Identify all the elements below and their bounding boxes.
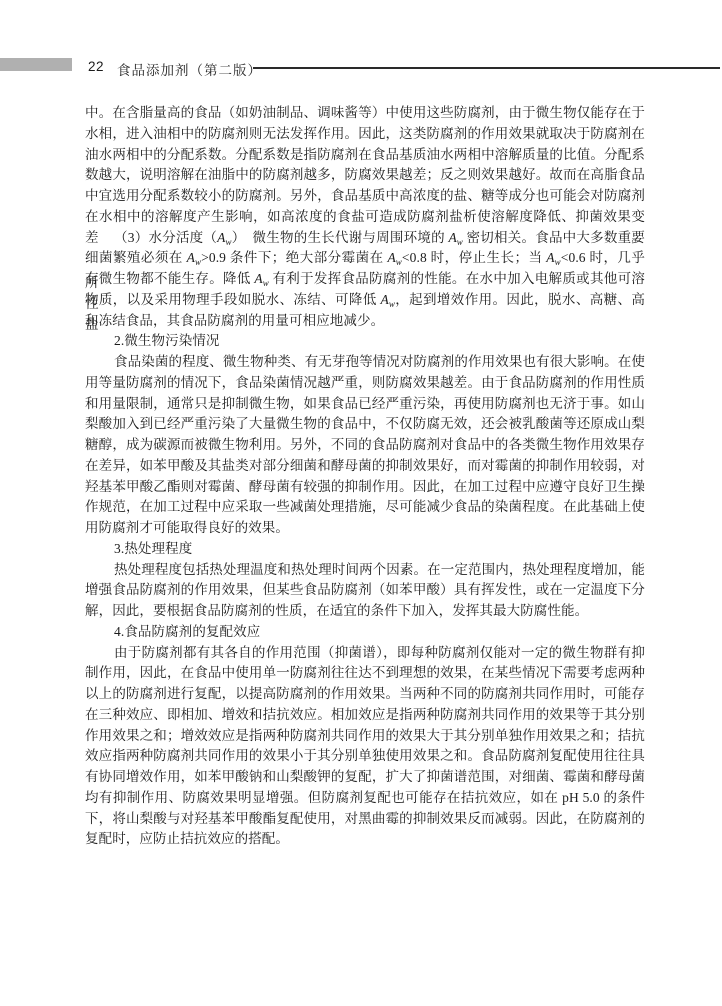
text-line: 中。在含脂量高的食品（如奶油制品、调味酱等）中使用这些防腐剂，由于微生物仅能存在… — [85, 103, 645, 124]
book-title: 食品添加剂（第二版） — [117, 59, 262, 79]
text-run: 中宜选用分配系数较小的防腐剂。另外，食品基质中高浓度的盐、糖等成分也可能会对防腐… — [85, 188, 645, 203]
text-run: 3.热处理程度 — [114, 541, 192, 556]
text-run: 下，将山梨酸与对羟基苯甲酸酯复配使用，对黑曲霉的抑制效果反而减弱。因此，在防腐剂… — [85, 811, 645, 826]
text-line: 作用效果之和；增效效应是指两种防腐剂共同作用的效果大于其分别单独作用效果之和；拮… — [85, 726, 645, 747]
text-line: 增强食品防腐剂的作用效果，但某些食品防腐剂（如苯甲酸）具有挥发性，或在一定温度下… — [85, 580, 645, 601]
text-line: 羟基苯甲酸乙酯则对霉菌、酵母菌有较强的抑制作用。因此，在加工过程中应遵守良好卫生… — [85, 477, 645, 498]
section-heading: 4.食品防腐剂的复配效应 — [85, 622, 645, 643]
text-run: 糖醇，成为碳源而被微生物利用。另外，不同的食品防腐剂对食品中的各类微生物作用效果… — [85, 437, 645, 452]
text-run: 解，因此，要根据食品防腐剂的性质，在适宜的条件下加入，发挥其最大防腐性能。 — [85, 603, 588, 618]
text-line: 数越大，说明溶解在油脂中的防腐剂越多，防腐效果越差；反之则效果越好。故而在高脂食… — [85, 165, 645, 186]
variable-symbol: A — [217, 230, 225, 245]
text-run: 均有抑制作用、防腐效果明显增强。但防腐剂复配也可能存在拮抗效应，如在 pH 5.… — [85, 790, 645, 805]
variable-symbol: A — [546, 250, 554, 265]
text-run: 食品染菌的程度、微生物种类、有无芽孢等情况对防腐剂的作用效果也有很大影响。在使 — [114, 354, 645, 369]
text-line: 复配时，应防止拮抗效应的搭配。 — [85, 829, 645, 850]
header-decoration-bar — [0, 58, 72, 71]
page-body: 中。在含脂量高的食品（如奶油制品、调味酱等）中使用这些防腐剂，由于微生物仅能存在… — [85, 103, 645, 850]
text-line: 效应指两种防腐剂共同作用的效果小于其分别单独使用效果之和。食品防腐剂复配使用往往… — [85, 746, 645, 767]
text-run: 梨酸加入到已经严重污染了大量微生物的食品中，不仅防腐无效，还会被乳酸菌等还原成山… — [85, 416, 645, 431]
book-page: 22 食品添加剂（第二版） 中。在含脂量高的食品（如奶油制品、调味酱等）中使用这… — [0, 0, 722, 1006]
text-run: 4.食品防腐剂的复配效应 — [114, 624, 260, 639]
text-run: 作规范，在加工过程中应采取一些减菌处理措施，尽可能减少食品的染菌程度。在此基础上… — [85, 499, 645, 514]
text-run: 有协同增效作用，如苯甲酸钠和山梨酸钾的复配，扩大了抑菌谱范围，对细菌、霉菌和酵母… — [85, 769, 645, 784]
text-line: 用等量防腐剂的情况下，食品染菌情况越严重，则防腐效果越差。由于食品防腐剂的作用性… — [85, 373, 645, 394]
text-line: 以上的防腐剂进行复配，以提高防腐剂的作用效果。当两种不同的防腐剂共同作用时，可能… — [85, 684, 645, 705]
text-run: 热处理程度包括热处理温度和热处理时间两个因素。在一定范围内，热处理程度增加，能 — [114, 562, 645, 577]
variable-symbol: A — [448, 230, 456, 245]
text-run: 有微生物都不能生存。降低 — [85, 271, 254, 286]
text-run: 在三种效应、即相加、增效和拮抗效应。相加效应是指两种防腐剂共同作用的效果等于其分… — [85, 707, 645, 722]
text-line: 热处理程度包括热处理温度和热处理时间两个因素。在一定范围内，热处理程度增加，能 — [85, 560, 645, 581]
text-run: 复配时，应防止拮抗效应的搭配。 — [85, 831, 289, 846]
text-run: 油水两相中的分配系数。分配系数是指防腐剂在食品基质油水两相中溶解质量的比值。分配… — [85, 147, 645, 162]
text-run: 水相，进入油相中的防腐剂则无法发挥作用。因此，这类防腐剂的作用效果就取决于防腐剂… — [85, 126, 645, 141]
text-run: >0.9 条件下；绝大部分霉菌在 — [201, 250, 387, 265]
variable-symbol: A — [187, 250, 195, 265]
text-run: 和冻结食品，其食品防腐剂的用量可相应地减少。 — [85, 313, 384, 328]
text-run: 用防腐剂才可能取得良好的效果。 — [85, 520, 289, 535]
text-run: 密切相关。食品中大多数重要 — [463, 230, 645, 245]
text-run: <0.8 时，停止生长；当 — [402, 250, 546, 265]
text-line: 由于防腐剂都有其各自的作用范围（抑菌谱），即每种防腐剂仅能对一定的微生物群有抑 — [85, 643, 645, 664]
page-number: 22 — [88, 59, 104, 74]
text-line: 水相，进入油相中的防腐剂则无法发挥作用。因此，这类防腐剂的作用效果就取决于防腐剂… — [85, 124, 645, 145]
text-run: 物质，以及采用物理手段如脱水、冻结、可降低 — [85, 292, 380, 307]
text-line: 制作用，因此，在食品中使用单一防腐剂往往达不到理想的效果，在某些情况下需要考虑两… — [85, 663, 645, 684]
text-run: 中。在含脂量高的食品（如奶油制品、调味酱等）中使用这些防腐剂，由于微生物仅能存在… — [85, 105, 645, 120]
text-line: 在水相中的溶解度产生影响，如高浓度的食盐可造成防腐剂盐析使溶解度降低、抑菌效果变… — [85, 207, 645, 228]
text-line: 细菌繁殖必须在 Aw>0.9 条件下；绝大部分霉菌在 Aw<0.8 时，停止生长… — [85, 248, 645, 269]
text-line: 用防腐剂才可能取得良好的效果。 — [85, 518, 645, 539]
text-run: 作用效果之和；增效效应是指两种防腐剂共同作用的效果大于其分别单独作用效果之和；拮… — [85, 728, 645, 743]
text-line: 糖醇，成为碳源而被微生物利用。另外，不同的食品防腐剂对食品中的各类微生物作用效果… — [85, 435, 645, 456]
text-run: 增强食品防腐剂的作用效果，但某些食品防腐剂（如苯甲酸）具有挥发性，或在一定温度下… — [85, 582, 645, 597]
header-rule — [253, 67, 720, 69]
text-line: 有微生物都不能生存。降低 Aw 有利于发挥食品防腐剂的性能。在水中加入电解质或其… — [85, 269, 645, 290]
text-run: 在差异，如苯甲酸及其盐类对部分细菌和酵母菌的抑制效果好，而对霉菌的抑制作用较弱，… — [85, 458, 645, 473]
text-run: 细菌繁殖必须在 — [85, 250, 187, 265]
variable-symbol: A — [380, 292, 388, 307]
text-line: 和冻结食品，其食品防腐剂的用量可相应地减少。 — [85, 311, 645, 332]
text-run: 和用量限制，通常只是抑制微生物，如果食品已经严重污染，再使用防腐剂也无济于事。如… — [85, 396, 645, 411]
text-line: 在三种效应、即相加、增效和拮抗效应。相加效应是指两种防腐剂共同作用的效果等于其分… — [85, 705, 645, 726]
variable-symbol: A — [387, 250, 395, 265]
text-line: 在差异，如苯甲酸及其盐类对部分细菌和酵母菌的抑制效果好，而对霉菌的抑制作用较弱，… — [85, 456, 645, 477]
text-run: 羟基苯甲酸乙酯则对霉菌、酵母菌有较强的抑制作用。因此，在加工过程中应遵守良好卫生… — [85, 479, 645, 494]
text-run: 效应指两种防腐剂共同作用的效果小于其分别单独使用效果之和。食品防腐剂复配使用往往… — [85, 748, 645, 763]
text-run: （3）水分活度（ — [114, 230, 217, 245]
text-run: ） 微生物的生长代谢与周围环境的 — [232, 230, 449, 245]
text-line: 解，因此，要根据食品防腐剂的性质，在适宜的条件下加入，发挥其最大防腐性能。 — [85, 601, 645, 622]
text-run: 由于防腐剂都有其各自的作用范围（抑菌谱），即每种防腐剂仅能对一定的微生物群有抑 — [114, 645, 645, 660]
text-line: 梨酸加入到已经严重污染了大量微生物的食品中，不仅防腐无效，还会被乳酸菌等还原成山… — [85, 414, 645, 435]
text-run: 制作用，因此，在食品中使用单一防腐剂往往达不到理想的效果，在某些情况下需要考虑两… — [85, 665, 645, 680]
text-run: 数越大，说明溶解在油脂中的防腐剂越多，防腐效果越差；反之则效果越好。故而在高脂食… — [85, 167, 645, 182]
text-line: 作规范，在加工过程中应采取一些减菌处理措施，尽可能减少食品的染菌程度。在此基础上… — [85, 497, 645, 518]
variable-symbol: A — [254, 271, 262, 286]
text-line: 均有抑制作用、防腐效果明显增强。但防腐剂复配也可能存在拮抗效应，如在 pH 5.… — [85, 788, 645, 809]
text-run: 用等量防腐剂的情况下，食品染菌情况越严重，则防腐效果越差。由于食品防腐剂的作用性… — [85, 375, 645, 390]
text-line: 食品染菌的程度、微生物种类、有无芽孢等情况对防腐剂的作用效果也有很大影响。在使 — [85, 352, 645, 373]
running-head: 22 食品添加剂（第二版） — [0, 0, 722, 90]
section-heading: 2.微生物污染情况 — [85, 331, 645, 352]
section-heading: 3.热处理程度 — [85, 539, 645, 560]
text-line: （3）水分活度（Aw） 微生物的生长代谢与周围环境的 Aw 密切相关。食品中大多… — [85, 228, 645, 249]
text-line: 下，将山梨酸与对羟基苯甲酸酯复配使用，对黑曲霉的抑制效果反而减弱。因此，在防腐剂… — [85, 809, 645, 830]
text-line: 油水两相中的分配系数。分配系数是指防腐剂在食品基质油水两相中溶解质量的比值。分配… — [85, 145, 645, 166]
text-run: 以上的防腐剂进行复配，以提高防腐剂的作用效果。当两种不同的防腐剂共同作用时，可能… — [85, 686, 645, 701]
text-line: 和用量限制，通常只是抑制微生物，如果食品已经严重污染，再使用防腐剂也无济于事。如… — [85, 394, 645, 415]
text-line: 物质，以及采用物理手段如脱水、冻结、可降低 Aw，起到增效作用。因此，脱水、高糖… — [85, 290, 645, 311]
text-run: 2.微生物污染情况 — [114, 333, 220, 348]
text-line: 有协同增效作用，如苯甲酸钠和山梨酸钾的复配，扩大了抑菌谱范围，对细菌、霉菌和酵母… — [85, 767, 645, 788]
text-line: 中宜选用分配系数较小的防腐剂。另外，食品基质中高浓度的盐、糖等成分也可能会对防腐… — [85, 186, 645, 207]
